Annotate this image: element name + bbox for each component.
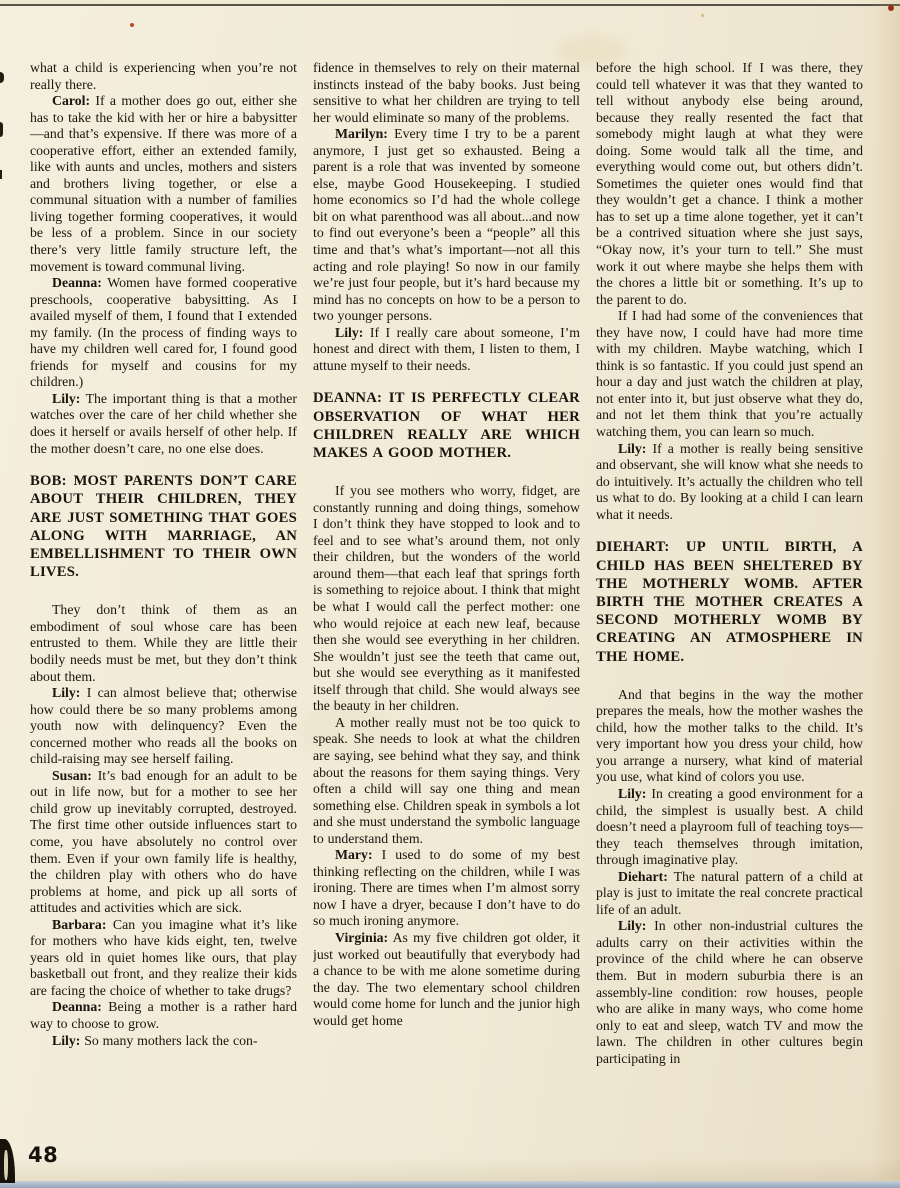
paragraph: Lily: The important thing is that a moth… (30, 391, 297, 457)
page-corner-highlight (4, 1150, 8, 1180)
scan-edge-artifact (0, 170, 2, 179)
page-edge-shading (870, 0, 900, 1188)
section-heading: BOB: MOST PARENTS DON’T CARE ABOUT THEIR… (30, 472, 297, 581)
text-column: before the high school. If I was there, … (596, 60, 863, 1144)
paragraph: Lily: If a mother is really being sensit… (596, 441, 863, 524)
paragraph: Lily: So many mothers lack the con- (30, 1033, 297, 1050)
speaker-name: Lily: (618, 441, 646, 456)
paragraph: They don’t think of them as an embodimen… (30, 602, 297, 685)
paragraph: Diehart: The natural pattern of a child … (596, 869, 863, 919)
paragraph: Lily: In other non-industrial cultures t… (596, 918, 863, 1067)
text-column: what a child is experiencing when you’re… (30, 60, 297, 1144)
paragraph: Carol: If a mother does go out, either s… (30, 93, 297, 275)
paragraph: A mother really must not be too quick to… (313, 715, 580, 847)
paragraph: what a child is experiencing when you’re… (30, 60, 297, 93)
ink-speck (130, 23, 134, 27)
paragraph: Lily: I can almost believe that; otherwi… (30, 685, 297, 768)
speaker-name: Mary: (335, 847, 373, 862)
paragraph: Lily: In creating a good environment for… (596, 786, 863, 869)
scan-edge-artifact (0, 72, 4, 83)
article-body: what a child is experiencing when you’re… (30, 60, 863, 1144)
speaker-name: Diehart: (618, 869, 668, 884)
section-heading: DIEHART: UP UNTIL BIRTH, A CHILD HAS BEE… (596, 538, 863, 665)
paragraph: Mary: I used to do some of my best think… (313, 847, 580, 930)
paragraph: before the high school. If I was there, … (596, 60, 863, 308)
paragraph: Marilyn: Every time I try to be a parent… (313, 126, 580, 325)
speaker-name: Lily: (52, 685, 80, 700)
section-heading: DEANNA: IT IS PERFECTLY CLEAR OBSERVATIO… (313, 389, 580, 462)
speaker-name: Virginia: (335, 930, 388, 945)
paragraph: If you see mothers who worry, fidget, ar… (313, 483, 580, 715)
speaker-name: Susan: (52, 768, 92, 783)
speaker-name: Marilyn: (335, 126, 388, 141)
scan-edge-artifact (0, 122, 3, 137)
speaker-name: Lily: (618, 918, 646, 933)
paragraph: Deanna: Being a mother is a rather hard … (30, 999, 297, 1032)
speaker-name: Carol: (52, 93, 90, 108)
speaker-name: Lily: (618, 786, 646, 801)
text-column: fidence in themselves to rely on their m… (313, 60, 580, 1144)
ink-speck (701, 14, 704, 17)
magazine-page: what a child is experiencing when you’re… (0, 0, 900, 1188)
paragraph: Deanna: Women have formed cooperative pr… (30, 275, 297, 391)
speaker-name: Lily: (335, 325, 363, 340)
ink-speck (888, 5, 894, 11)
paragraph: Virginia: As my five children got older,… (313, 930, 580, 1029)
top-rule-line (0, 4, 900, 6)
speaker-name: Lily: (52, 1033, 80, 1048)
scan-bottom-edge (0, 1181, 900, 1188)
speaker-name: Deanna: (52, 275, 102, 290)
paragraph: Lily: If I really care about someone, I’… (313, 325, 580, 375)
paragraph: Barbara: Can you imagine what it’s like … (30, 917, 297, 1000)
paragraph: And that begins in the way the mother pr… (596, 687, 863, 786)
speaker-name: Barbara: (52, 917, 106, 932)
speaker-name: Lily: (52, 391, 80, 406)
paragraph: Susan: It’s bad enough for an adult to b… (30, 768, 297, 917)
speaker-name: Deanna: (52, 999, 102, 1014)
page-bottom-shading (0, 1157, 900, 1181)
paragraph: fidence in themselves to rely on their m… (313, 60, 580, 126)
paragraph: If I had had some of the conveniences th… (596, 308, 863, 440)
